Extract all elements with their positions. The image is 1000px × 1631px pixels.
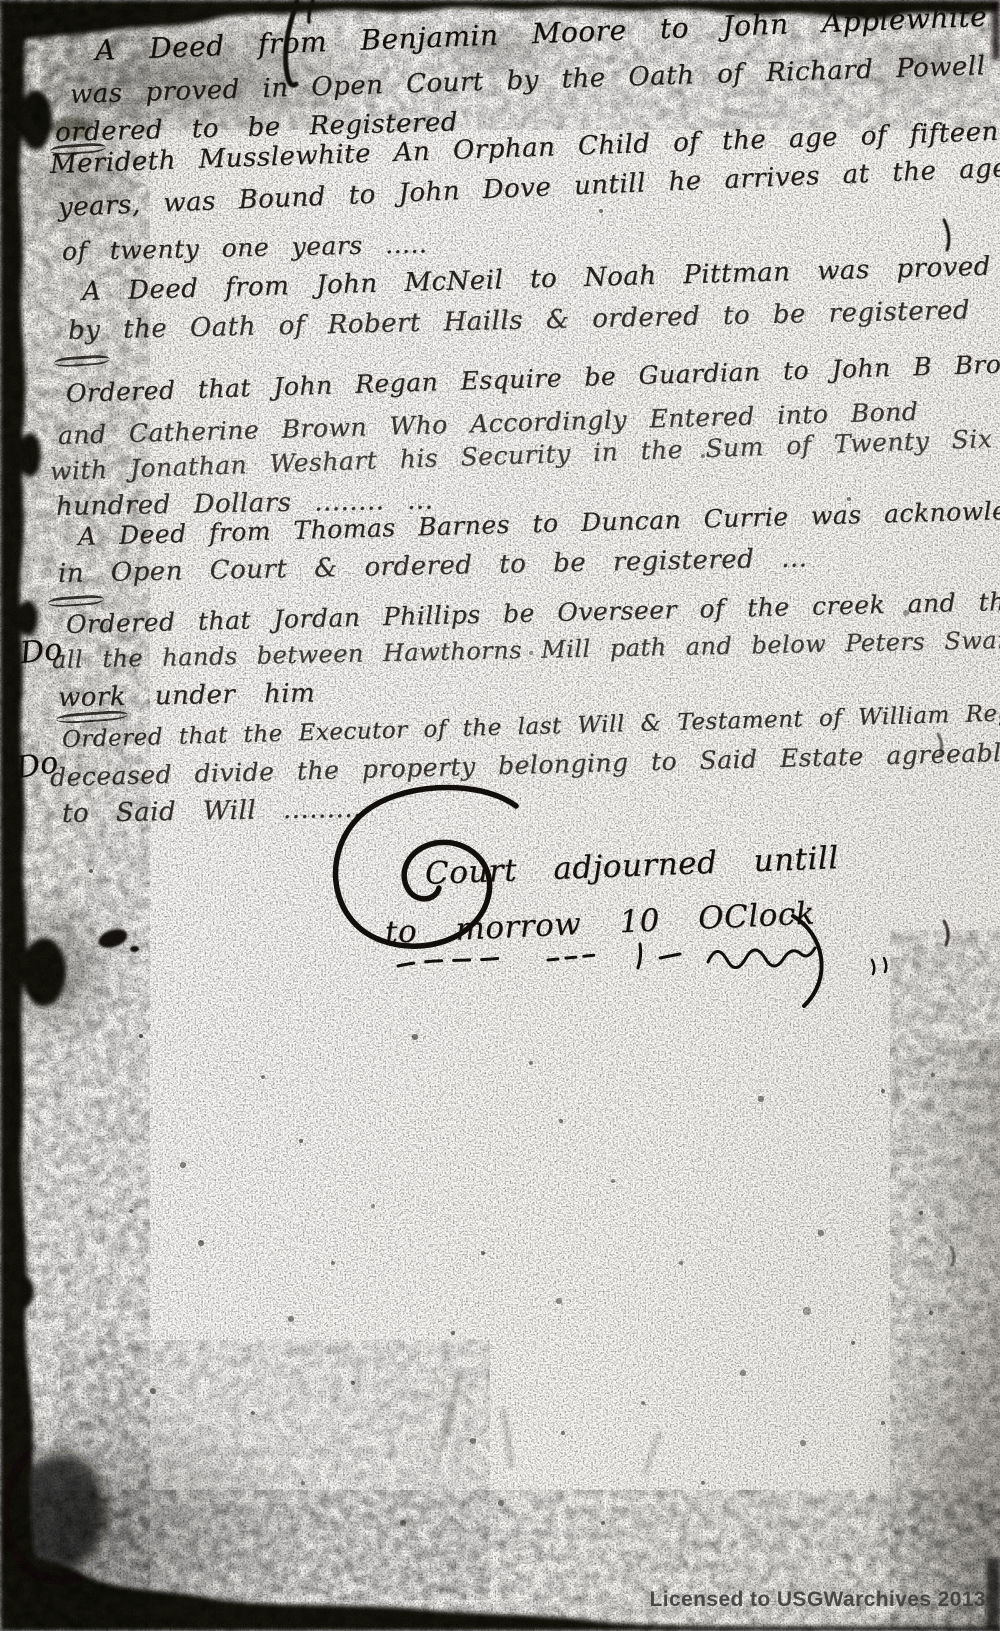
stain-bottom-left (10, 1400, 310, 1630)
smudge-streak (501, 1408, 514, 1468)
closing-line: Court adjourned untill (424, 840, 839, 892)
stain-bottom-right (860, 1290, 1000, 1631)
scanned-court-minutes-page: A Deed from Benjamin Moore to John Apple… (0, 0, 1000, 1631)
entry-separator-mark (54, 354, 111, 368)
closing-dash-squiggle (398, 944, 886, 974)
closing-line: to morrow 10 OClock (384, 895, 816, 950)
smudge-streak (642, 1431, 661, 1476)
ink-blot (96, 926, 130, 951)
handwritten-line: of twenty one years ..... (62, 229, 428, 266)
scan-edge-left (0, 0, 44, 1631)
handwritten-line: to Said Will ......... (62, 794, 362, 829)
license-watermark: Licensed to USGWarchives 2013 (650, 1588, 986, 1612)
stain-right-band (912, 1040, 1000, 1631)
dust-specks (0, 0, 2, 2)
scan-edge-bottom (0, 1540, 1000, 1631)
ink-blot-small (130, 946, 139, 952)
handwritten-line: in Open Court & ordered to be registered… (58, 543, 808, 589)
smudge-streak (439, 1372, 464, 1449)
handwritten-line: work under him (58, 679, 316, 713)
stain-mid-left (0, 890, 120, 1050)
entry-separator-mark (48, 594, 105, 608)
